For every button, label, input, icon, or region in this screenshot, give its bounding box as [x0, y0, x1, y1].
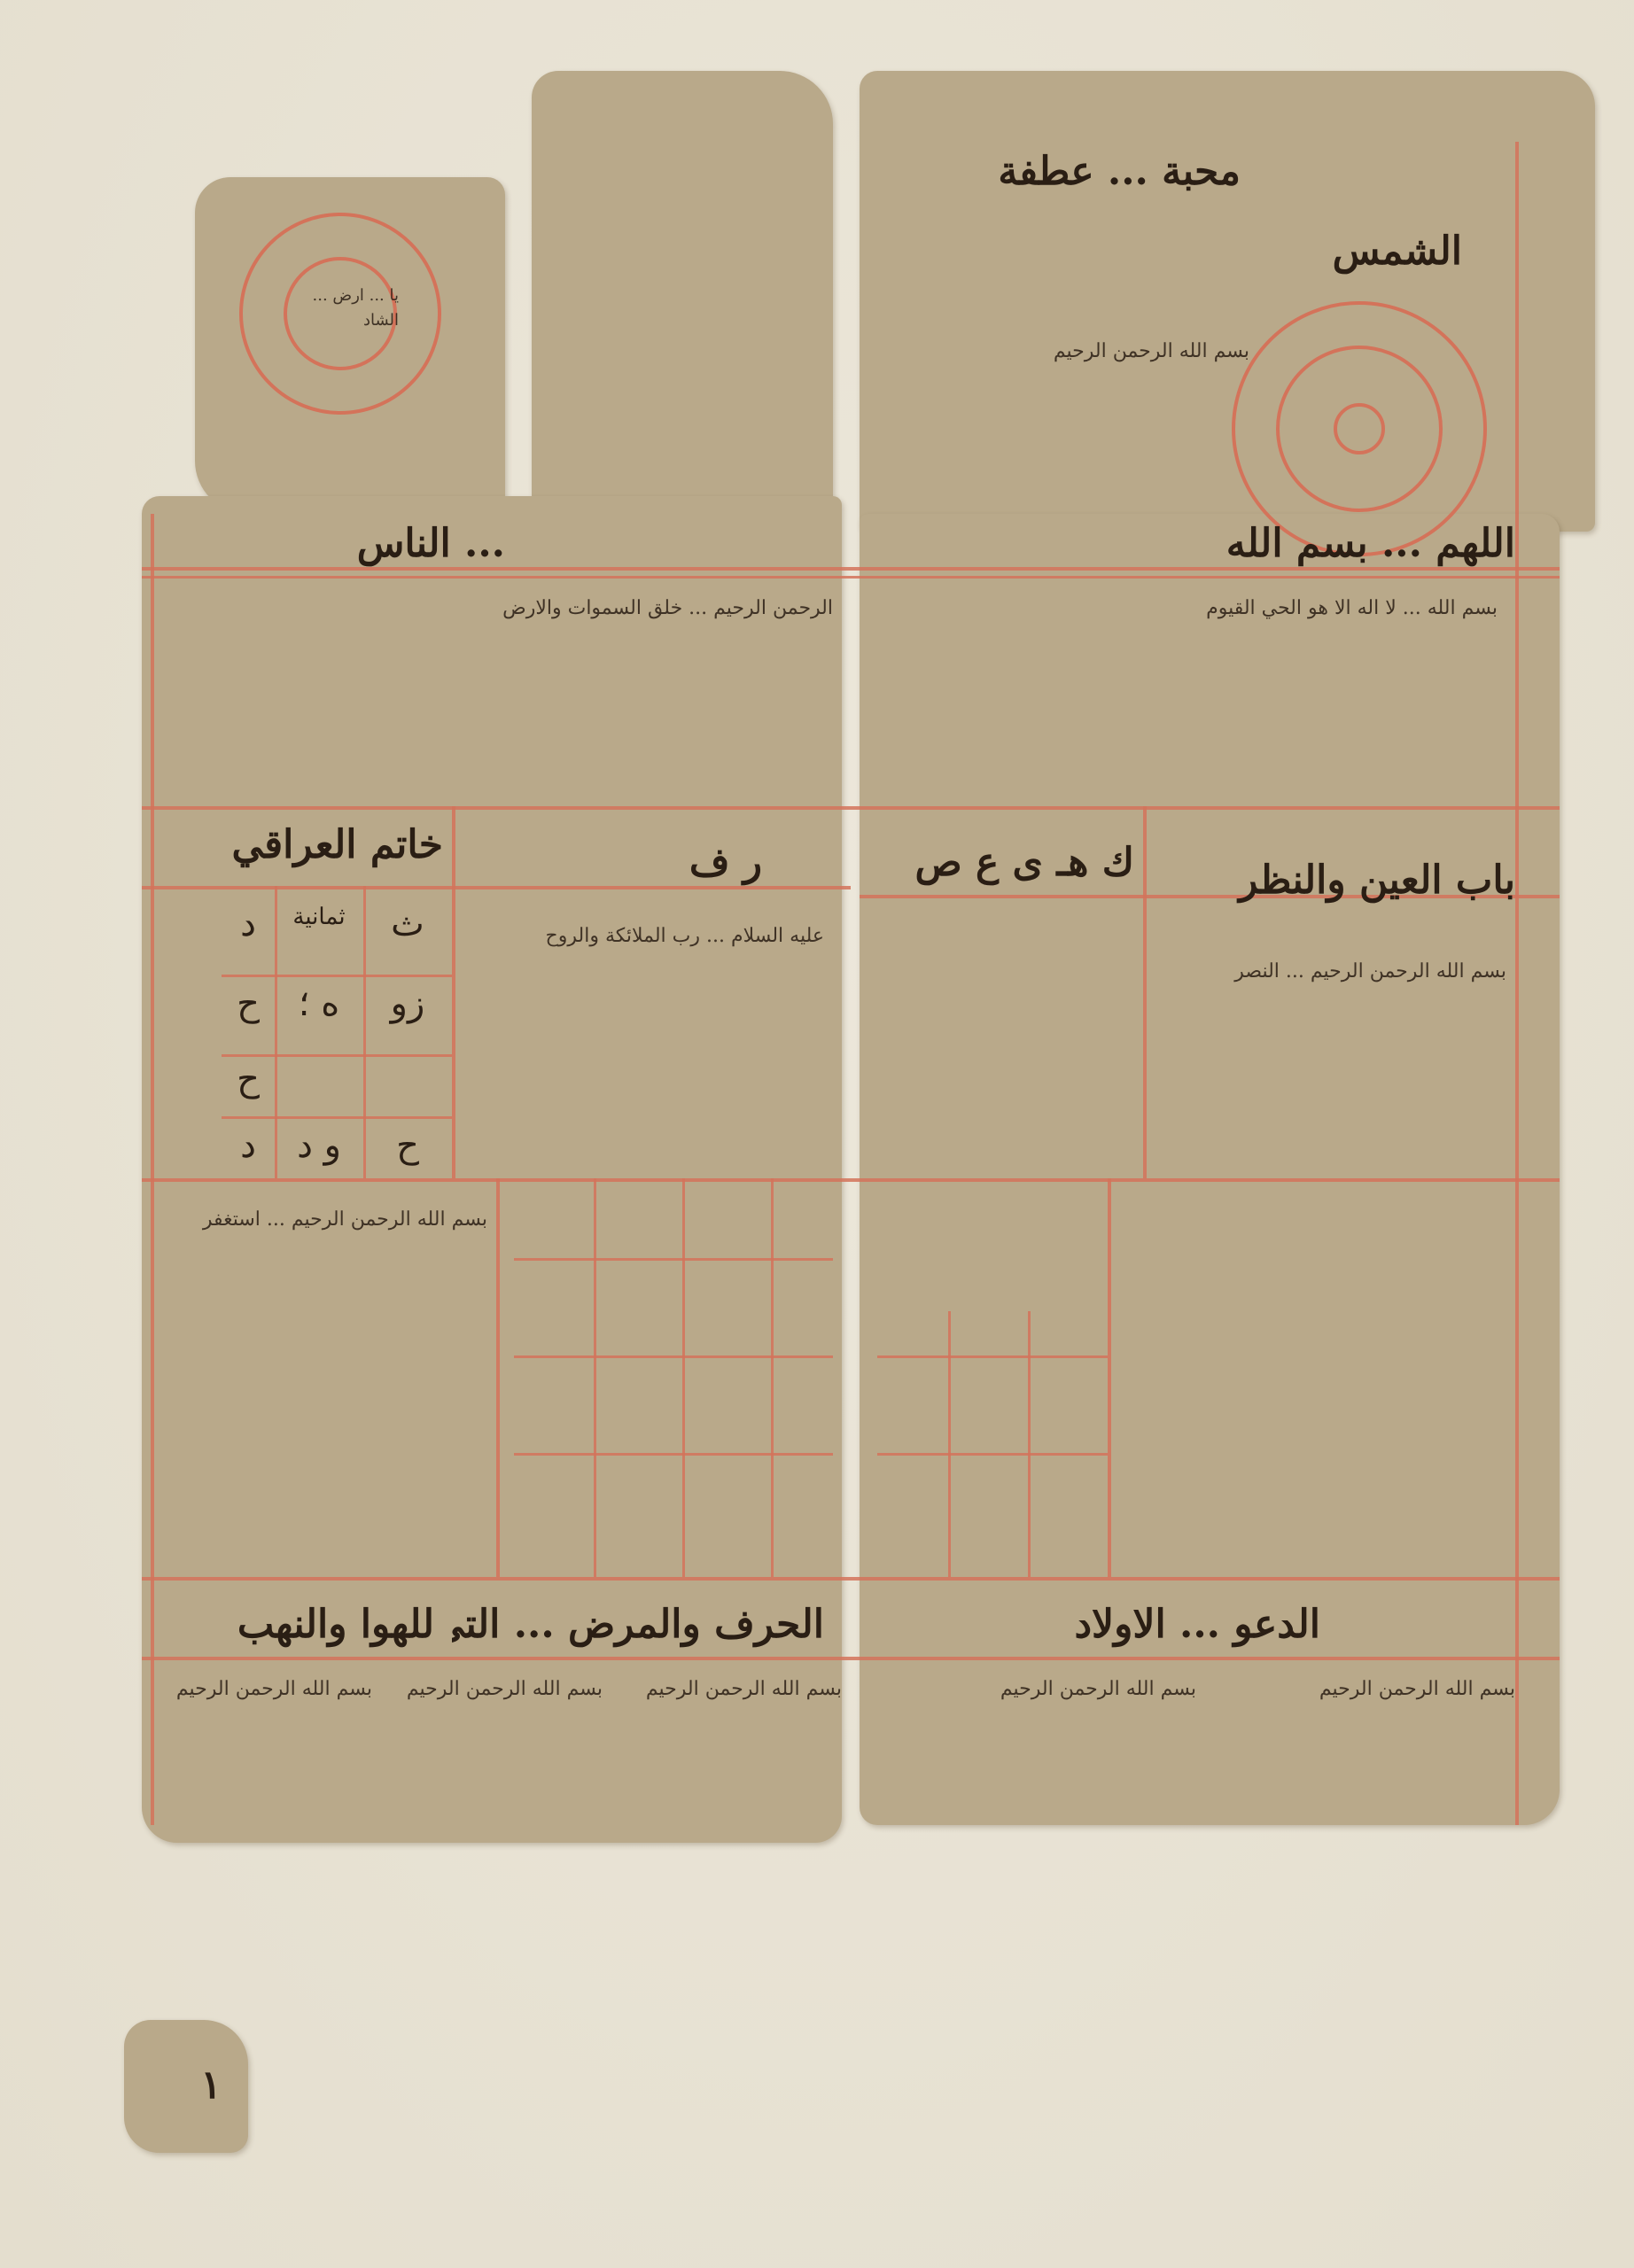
text-loose-fragment: ١	[168, 2055, 222, 2116]
heading-bottom-left: للهوا والنهب	[168, 1595, 434, 1655]
heading-bottom-center: الحرف والمرض ... التي	[452, 1595, 824, 1655]
grid-letter: ح	[222, 1059, 275, 1099]
heading-letters-right: ك هـ ى ع ص	[877, 833, 1134, 893]
text-bottom-col: بسم الله الرحمن الرحيم	[877, 1674, 1196, 1705]
text-bottom-col: بسم الله الرحمن الرحيم	[1232, 1674, 1515, 1705]
heading-letters-left: ر ف	[496, 833, 762, 893]
manuscript-sheet: محبة ... عطفة الشمس ... الناس اللهم ... …	[97, 71, 1595, 1860]
grid-letter: ثمانية	[279, 904, 359, 930]
fragment-top-right	[860, 71, 1595, 532]
text-circle-left: يا ... ارض ... الشاد	[275, 283, 399, 333]
heading-upper-left: ... الناس	[239, 514, 505, 574]
text-basmala-top: بسم الله الرحمن الرحيم	[895, 337, 1249, 367]
text-bottom-col: بسم الله الرحمن الرحيم	[381, 1674, 603, 1705]
heading-upper-right: اللهم ... بسم الله	[789, 514, 1515, 574]
grid-letter: و د	[279, 1125, 359, 1166]
fragment-top-middle	[532, 71, 833, 532]
grid-letter: د	[222, 1125, 275, 1166]
grid-letter: زو	[368, 983, 447, 1024]
heading-top-right: الشمس	[1249, 221, 1462, 282]
text-bottom-col: بسم الله الرحمن الرحيم	[611, 1674, 842, 1705]
heading-top-center: محبة ... عطفة	[868, 142, 1241, 202]
text-lower-left: بسم الله الرحمن الرحيم ... استغفر	[168, 1205, 487, 1235]
text-upper-left: الرحمن الرحيم ... خلق السموات والارض	[177, 594, 833, 624]
grid-letter: د	[222, 904, 275, 944]
text-middle-col: عليه السلام ... رب الملائكة والروح	[470, 921, 824, 951]
grid-letter: ث	[368, 904, 447, 944]
text-bottom-col: بسم الله الرحمن الرحيم	[168, 1674, 372, 1705]
grid-letter: ح	[222, 983, 275, 1024]
grid-letter: ه ؛	[279, 983, 359, 1024]
heading-khatim-iraqi: خاتم العراقي	[213, 815, 443, 875]
heading-bottom-right: الدعو ... الاولاد	[877, 1595, 1320, 1655]
heading-bab-al-ayn: باب العين والنظر	[1161, 850, 1515, 911]
grid-letter: ح	[368, 1125, 447, 1166]
text-upper-right: بسم الله ... لا اله الا هو الحي القيوم	[877, 594, 1498, 624]
text-right-col: بسم الله الرحمن الرحيم ... النصر	[1161, 957, 1506, 987]
